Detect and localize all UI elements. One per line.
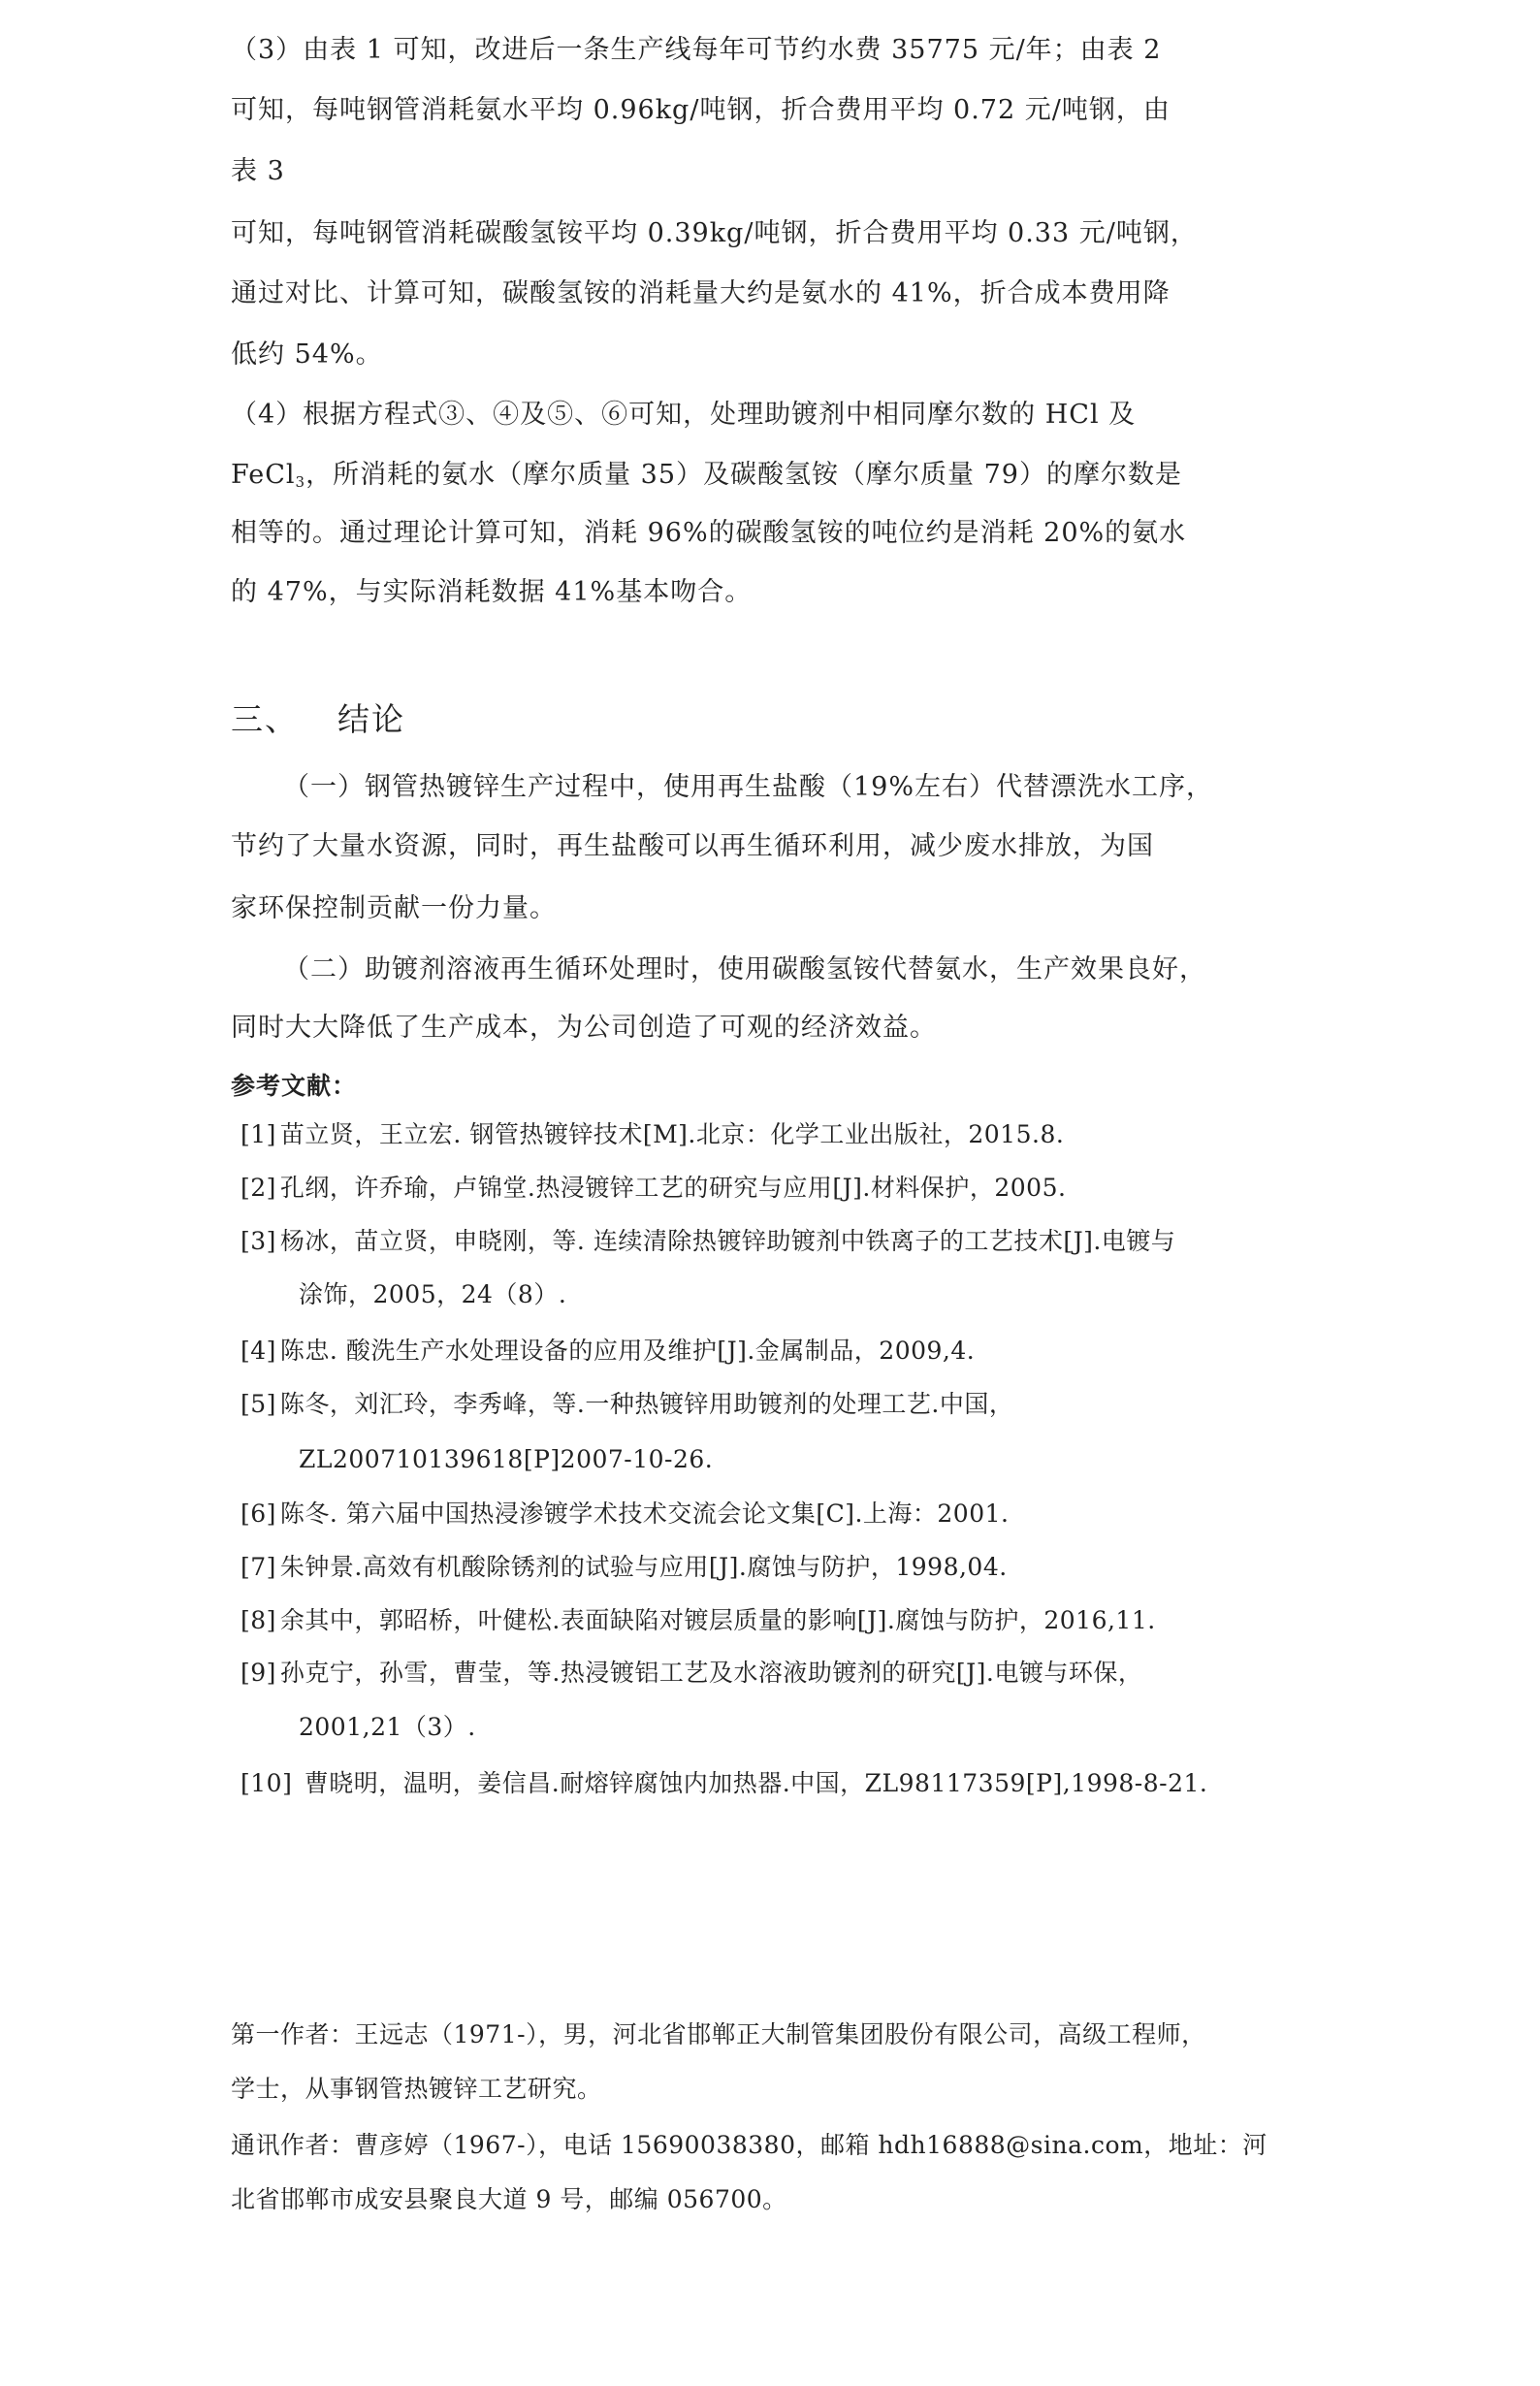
paragraph-4-line-4: 的 47%，与实际消耗数据 41%基本吻合。 bbox=[231, 576, 752, 609]
paragraph-4-line-2: FeCl3，所消耗的氨水（摩尔质量 35）及碳酸氢铵（摩尔质量 79）的摩尔数是 bbox=[231, 459, 1182, 495]
section-title: 结论 bbox=[337, 700, 405, 738]
first-author-line-2: 学士，从事钢管热镀锌工艺研究。 bbox=[231, 2074, 602, 2105]
reference-item: [2]孔纲，许乔瑜，卢锦堂.热浸镀锌工艺的研究与应用[J].材料保护，2005. bbox=[231, 1173, 1066, 1204]
paragraph-4-line-3: 相等的。通过理论计算可知，消耗 96%的碳酸氢铵的吨位约是消耗 20%的氨水 bbox=[231, 517, 1186, 550]
reference-item: [1]苗立贤，王立宏. 钢管热镀锌技术[M].北京：化学工业出版社，2015.8… bbox=[231, 1119, 1064, 1150]
conclusion-2-line-1: （二）助镀剂溶液再生循环处理时，使用碳酸氢铵代替氨水，生产效果良好， bbox=[283, 953, 1206, 986]
reference-text: 陈冬. 第六届中国热浸渗镀学术技术交流会论文集[C].上海：2001. bbox=[280, 1499, 1010, 1528]
reference-index: [7] bbox=[241, 1552, 276, 1583]
reference-text: 孙克宁，孙雪，曹莹，等.热浸镀铝工艺及水溶液助镀剂的研究[J].电镀与环保， bbox=[280, 1659, 1142, 1687]
reference-continuation: 2001,21（3）. bbox=[299, 1712, 476, 1743]
reference-item: [9]孙克宁，孙雪，曹莹，等.热浸镀铝工艺及水溶液助镀剂的研究[J].电镀与环保… bbox=[231, 1658, 1142, 1689]
reference-text: 曹晓明，温明，姜信昌.耐熔锌腐蚀内加热器.中国，ZL98117359[P],19… bbox=[296, 1769, 1207, 1797]
conclusion-2-line-2: 同时大大降低了生产成本，为公司创造了可观的经济效益。 bbox=[231, 1012, 937, 1045]
paragraph-3-line-2: 可知，每吨钢管消耗氨水平均 0.96kg/吨钢，折合费用平均 0.72 元/吨钢… bbox=[231, 94, 1171, 127]
paragraph-3-line-3: 表 3 bbox=[231, 155, 285, 188]
conclusion-1-line-1: （一）钢管热镀锌生产过程中，使用再生盐酸（19%左右）代替漂洗水工序， bbox=[283, 771, 1213, 804]
reference-text: 苗立贤，王立宏. 钢管热镀锌技术[M].北京：化学工业出版社，2015.8. bbox=[280, 1120, 1064, 1148]
paragraph-3-line-4: 可知，每吨钢管消耗碳酸氢铵平均 0.39kg/吨钢，折合费用平均 0.33 元/… bbox=[231, 217, 1198, 250]
reference-item: [8]余其中，郭昭桥，叶健松.表面缺陷对镀层质量的影响[J].腐蚀与防护，201… bbox=[231, 1605, 1156, 1636]
reference-text: 朱钟景.高效有机酸除锈剂的试验与应用[J].腐蚀与防护，1998,04. bbox=[280, 1553, 1008, 1581]
reference-item: [5]陈冬，刘汇玲，李秀峰，等.一种热镀锌用助镀剂的处理工艺.中国， bbox=[231, 1389, 1013, 1420]
section-number: 三、 bbox=[231, 700, 299, 738]
formula-fecl: FeCl bbox=[231, 460, 296, 490]
reference-item: [10] 曹晓明，温明，姜信昌.耐熔锌腐蚀内加热器.中国，ZL98117359[… bbox=[231, 1768, 1207, 1799]
paragraph-4-line-1: （4）根据方程式③、④及⑤、⑥可知，处理助镀剂中相同摩尔数的 HCl 及 bbox=[231, 399, 1136, 432]
reference-text: 余其中，郭昭桥，叶健松.表面缺陷对镀层质量的影响[J].腐蚀与防护，2016,1… bbox=[280, 1606, 1156, 1634]
reference-index: [2] bbox=[241, 1173, 276, 1204]
reference-text: 孔纲，许乔瑜，卢锦堂.热浸镀锌工艺的研究与应用[J].材料保护，2005. bbox=[280, 1174, 1067, 1202]
conclusion-1-line-2: 节约了大量水资源，同时，再生盐酸可以再生循环利用，减少废水排放，为国 bbox=[231, 830, 1154, 863]
section-heading: 三、结论 bbox=[231, 700, 405, 739]
reference-text: 杨冰，苗立贤，申晓刚，等. 连续清除热镀锌助镀剂中铁离子的工艺技术[J].电镀与 bbox=[280, 1227, 1175, 1255]
reference-index: [5] bbox=[241, 1389, 276, 1420]
reference-index: [3] bbox=[241, 1226, 276, 1257]
reference-item: [7]朱钟景.高效有机酸除锈剂的试验与应用[J].腐蚀与防护，1998,04. bbox=[231, 1552, 1008, 1583]
reference-index: [10] bbox=[241, 1768, 292, 1799]
references-title: 参考文献： bbox=[231, 1070, 357, 1103]
reference-item: [6]陈冬. 第六届中国热浸渗镀学术技术交流会论文集[C].上海：2001. bbox=[231, 1499, 1009, 1530]
reference-item: [3]杨冰，苗立贤，申晓刚，等. 连续清除热镀锌助镀剂中铁离子的工艺技术[J].… bbox=[231, 1226, 1175, 1257]
corresponding-author-line-1: 通讯作者：曹彦婷（1967-），电话 15690038380，邮箱 hdh168… bbox=[231, 2130, 1267, 2161]
reference-item: [4]陈忠. 酸洗生产水处理设备的应用及维护[J].金属制品，2009,4. bbox=[231, 1336, 975, 1367]
paragraph-4-line-2-text: ，所消耗的氨水（摩尔质量 35）及碳酸氢铵（摩尔质量 79）的摩尔数是 bbox=[305, 460, 1182, 490]
reference-continuation: 涂饰，2005，24（8）. bbox=[299, 1279, 566, 1310]
reference-continuation: ZL200710139618[P]2007-10-26. bbox=[299, 1444, 713, 1475]
reference-index: [4] bbox=[241, 1336, 276, 1367]
reference-index: [1] bbox=[241, 1119, 276, 1150]
reference-text: 陈忠. 酸洗生产水处理设备的应用及维护[J].金属制品，2009,4. bbox=[280, 1337, 975, 1365]
formula-subscript: 3 bbox=[296, 473, 306, 491]
paragraph-3-line-1: （3）由表 1 可知，改进后一条生产线每年可节约水费 35775 元/年；由表 … bbox=[231, 34, 1161, 67]
reference-index: [8] bbox=[241, 1605, 276, 1636]
first-author-line-1: 第一作者：王远志（1971-），男，河北省邯郸正大制管集团股份有限公司，高级工程… bbox=[231, 2019, 1206, 2050]
conclusion-1-line-3: 家环保控制贡献一份力量。 bbox=[231, 892, 557, 925]
paragraph-3-line-6: 低约 54%。 bbox=[231, 339, 383, 371]
reference-index: [9] bbox=[241, 1658, 276, 1689]
reference-text: 陈冬，刘汇玲，李秀峰，等.一种热镀锌用助镀剂的处理工艺.中国， bbox=[280, 1390, 1013, 1418]
paragraph-3-line-5: 通过对比、计算可知，碳酸氢铵的消耗量大约是氨水的 41%，折合成本费用降 bbox=[231, 277, 1171, 310]
reference-index: [6] bbox=[241, 1499, 276, 1530]
corresponding-author-line-2: 北省邯郸市成安县聚良大道 9 号，邮编 056700。 bbox=[231, 2184, 787, 2215]
